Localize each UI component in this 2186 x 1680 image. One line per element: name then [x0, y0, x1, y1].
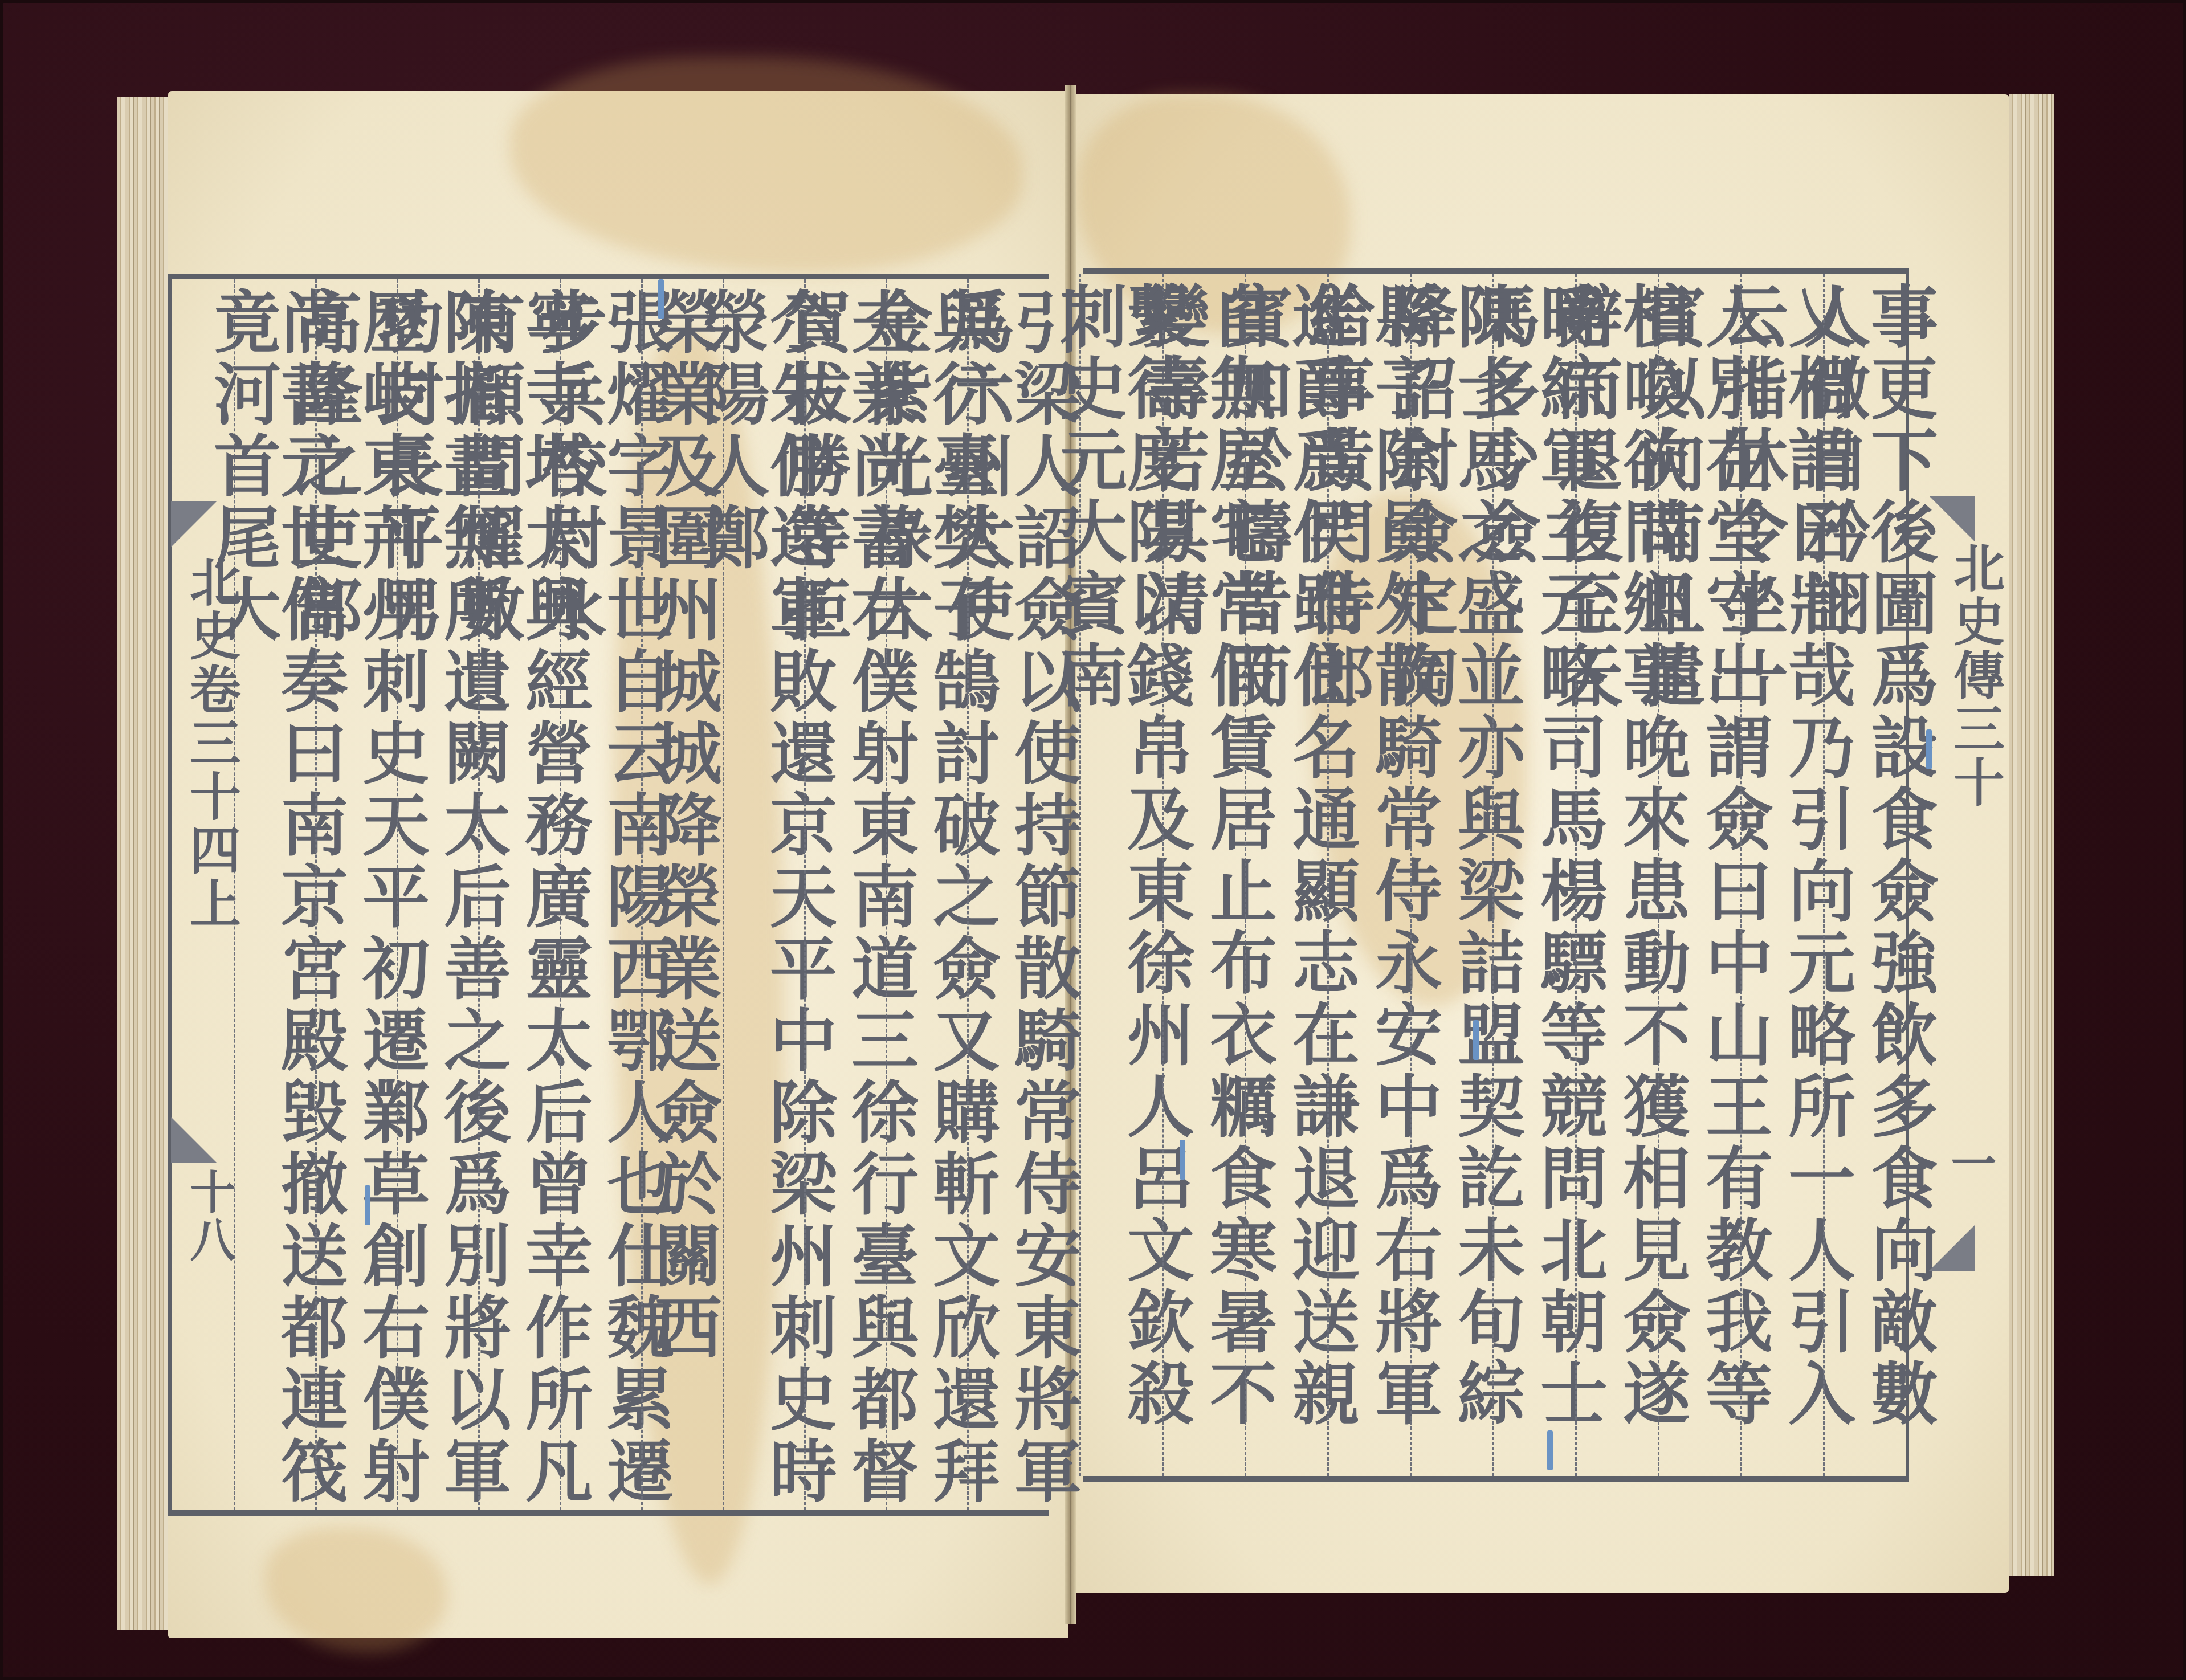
fishtail-mark: [171, 1117, 217, 1163]
right-page-text-block: 事更下後圖爲設食僉強飲多食向敵數人微自矜詡 乂相謂曰壯哉乃引向元略所一人引入云指…: [1083, 268, 1909, 1482]
right-margin-title: 北史傳三十: [1938, 541, 2012, 809]
annotation-mark: [658, 279, 664, 319]
text-column: 事更下後圖爲設食僉強飲多食向敵數人微自矜詡: [1823, 274, 1906, 1476]
text-column: 引梁人詔僉以使持節散騎常侍安東將軍爲六州大使: [967, 279, 1049, 1510]
left-page-columns: 引梁人詔僉以使持節散騎常侍安東將軍爲六州大使 與行臺樊子鵠討破之僉又購斬文欣還拜…: [234, 279, 1049, 1510]
fishtail-mark: [1929, 1225, 1975, 1271]
right-page-columns: 事更下後圖爲設食僉強飲多食向敵數人微自矜詡 乂相謂曰壯哉乃引向元略所一人引入云指…: [1083, 274, 1906, 1476]
text-column: 張燿字景世自云南陽西鄂人也仕魏累遷步兵校尉永: [560, 279, 641, 1510]
water-stain: [265, 1527, 447, 1653]
water-stain: [510, 57, 1023, 274]
right-page-number: 一: [1938, 1140, 2003, 1188]
left-page-stack-edge: [117, 97, 171, 1630]
fishtail-mark: [1929, 496, 1975, 541]
annotation-mark: [1473, 1020, 1479, 1060]
annotation-mark: [1547, 1430, 1553, 1470]
right-page-stack-edge: [2009, 94, 2054, 1576]
fishtail-mark: [171, 501, 217, 547]
annotation-mark: [365, 1185, 370, 1225]
annotation-mark: [1180, 1140, 1185, 1180]
left-page-text-block: 引梁人詔僉以使持節散騎常侍安東將軍爲六州大使 與行臺樊子鵠討破之僉又購斬文欣還拜…: [168, 274, 1049, 1516]
annotation-mark: [1926, 729, 1932, 769]
left-margin-title: 北史卷三十四上: [174, 556, 248, 931]
left-page-number: 十八: [177, 1168, 242, 1264]
